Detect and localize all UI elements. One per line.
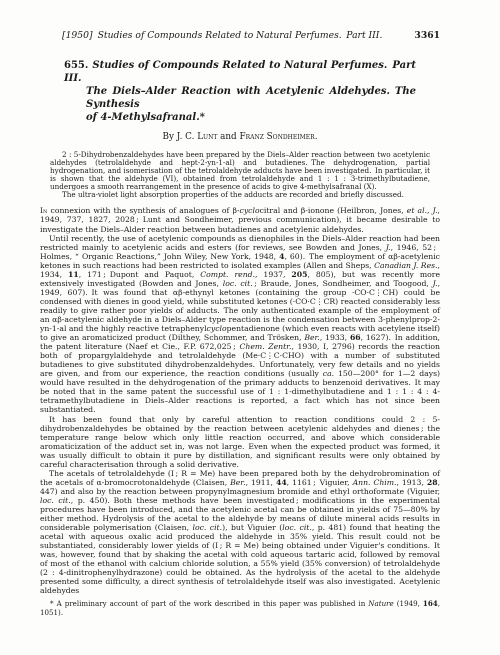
body-paragraph-2: Until recently, the use of acetylenic co… [40, 234, 440, 415]
article-title-line-1: 655.Studies of Compounds Related to Natu… [64, 59, 416, 85]
page-number: 3361 [414, 30, 440, 42]
footnote: * A preliminary account of part of the w… [40, 600, 440, 616]
article-title-line-3: of 4-Methylsafranal.* [86, 111, 416, 124]
body-paragraph-4: The acetals of tetrolaldehyde (I ; R = M… [40, 469, 440, 596]
abstract-paragraph-2: The ultra-violet light absorption proper… [50, 191, 430, 199]
article-title: 655.Studies of Compounds Related to Natu… [64, 59, 416, 124]
byline: By J. C. Lunt and Franz Sondheimer. [40, 132, 440, 143]
article-title-text: Studies of Compounds Related to Natural … [64, 60, 416, 84]
running-title: Studies of Compounds Related to Natural … [40, 30, 440, 42]
abstract-paragraph-1: 2 : 5-Dihydrobenzaldehydes have been pre… [50, 151, 430, 191]
article-number: 655. [64, 60, 92, 71]
body-paragraph-1: In connexion with the synthesis of analo… [40, 206, 440, 233]
abstract: 2 : 5-Dihydrobenzaldehydes have been pre… [50, 151, 430, 198]
article-title-line-2: The Diels–Alder Reaction with Acetylenic… [86, 85, 416, 111]
journal-page: [1950] Studies of Compounds Related to N… [0, 0, 500, 655]
journal-year: [1950] [62, 30, 93, 42]
body-paragraph-3: It has been found that only by careful a… [40, 415, 440, 469]
article-body: In connexion with the synthesis of analo… [40, 206, 440, 595]
running-head: [1950] Studies of Compounds Related to N… [40, 30, 440, 44]
